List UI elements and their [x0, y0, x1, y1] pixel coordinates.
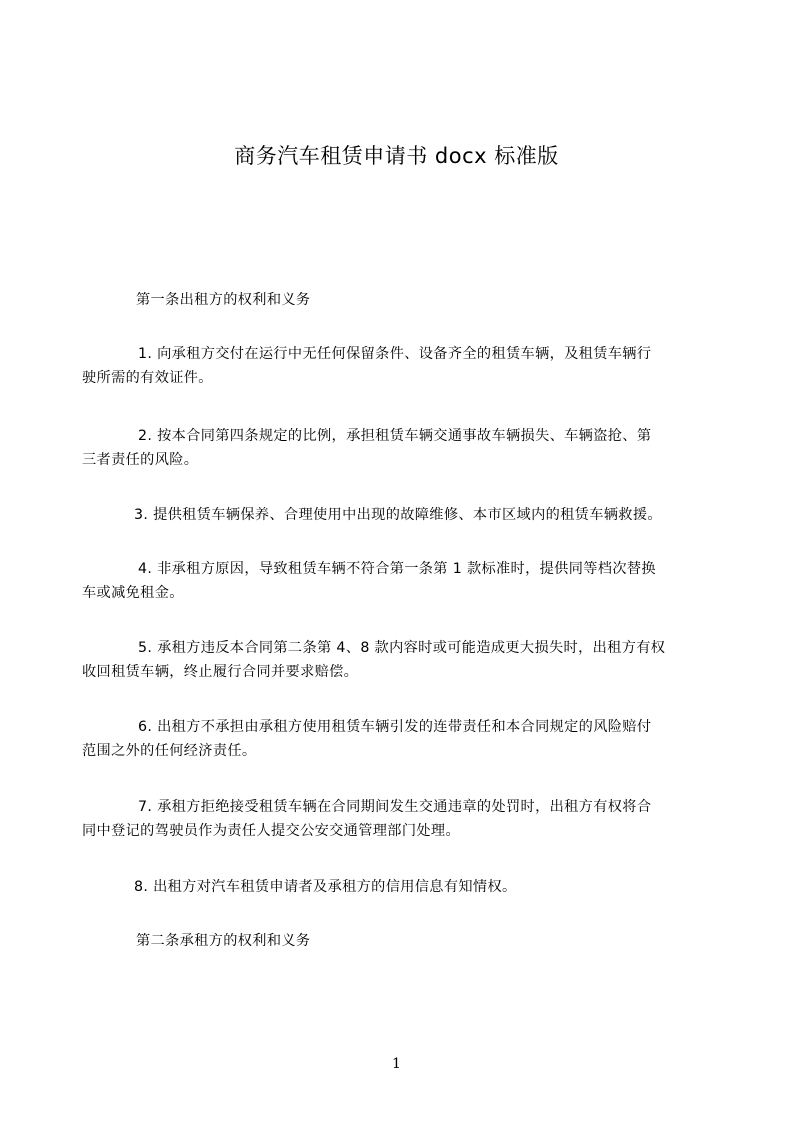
- clause-line: 8. 出租方对汽车租赁申请者及承租方的信用信息有知情权。: [82, 875, 712, 899]
- clause-line: 三者责任的风险。: [82, 448, 712, 472]
- clause-line: 范围之外的任何经济责任。: [82, 739, 712, 763]
- clause-line: 3. 提供租赁车辆保养、合理使用中出现的故障维修、本市区域内的租赁车辆救援。: [82, 503, 712, 527]
- clause-line: 收回租赁车辆，终止履行合同并要求赔偿。: [82, 660, 712, 684]
- clause-8: 8. 出租方对汽车租赁申请者及承租方的信用信息有知情权。: [82, 875, 712, 899]
- clause-line: 6. 出租方不承担由承租方使用租赁车辆引发的连带责任和本合同规定的风险赔付: [82, 715, 712, 739]
- clause-line: 驶所需的有效证件。: [82, 366, 712, 390]
- clause-4: 4. 非承租方原因，导致租赁车辆不符合第一条第 1 款标准时，提供同等档次替换 …: [82, 557, 712, 605]
- page-number: 1: [0, 1054, 793, 1074]
- section-1-heading: 第一条出租方的权利和义务: [82, 288, 712, 312]
- clause-line: 4. 非承租方原因，导致租赁车辆不符合第一条第 1 款标准时，提供同等档次替换: [82, 557, 712, 581]
- clause-3: 3. 提供租赁车辆保养、合理使用中出现的故障维修、本市区域内的租赁车辆救援。: [82, 503, 712, 527]
- clause-6: 6. 出租方不承担由承租方使用租赁车辆引发的连带责任和本合同规定的风险赔付 范围…: [82, 715, 712, 763]
- clause-line: 同中登记的驾驶员作为责任人提交公安交通管理部门处理。: [82, 819, 712, 843]
- clause-line: 5. 承租方违反本合同第二条第 4、8 款内容时或可能造成更大损失时，出租方有权: [82, 636, 712, 660]
- clause-line: 2. 按本合同第四条规定的比例，承担租赁车辆交通事故车辆损失、车辆盗抢、第: [82, 424, 712, 448]
- clause-line: 车或减免租金。: [82, 581, 712, 605]
- clause-line: 1. 向承租方交付在运行中无任何保留条件、设备齐全的租赁车辆，及租赁车辆行: [82, 342, 712, 366]
- clause-line: 7. 承租方拒绝接受租赁车辆在合同期间发生交通违章的处罚时，出租方有权将合: [82, 795, 712, 819]
- clause-2: 2. 按本合同第四条规定的比例，承担租赁车辆交通事故车辆损失、车辆盗抢、第 三者…: [82, 424, 712, 472]
- section-2-heading: 第二条承租方的权利和义务: [82, 929, 712, 953]
- clause-1: 1. 向承租方交付在运行中无任何保留条件、设备齐全的租赁车辆，及租赁车辆行 驶所…: [82, 342, 712, 390]
- section-heading: 第一条出租方的权利和义务: [82, 288, 712, 312]
- clause-5: 5. 承租方违反本合同第二条第 4、8 款内容时或可能造成更大损失时，出租方有权…: [82, 636, 712, 684]
- clause-7: 7. 承租方拒绝接受租赁车辆在合同期间发生交通违章的处罚时，出租方有权将合 同中…: [82, 795, 712, 843]
- document-title: 商务汽车租赁申请书 docx 标准版: [0, 140, 793, 172]
- document-page: 商务汽车租赁申请书 docx 标准版 第一条出租方的权利和义务 1. 向承租方交…: [0, 0, 793, 1122]
- section-heading: 第二条承租方的权利和义务: [82, 929, 712, 953]
